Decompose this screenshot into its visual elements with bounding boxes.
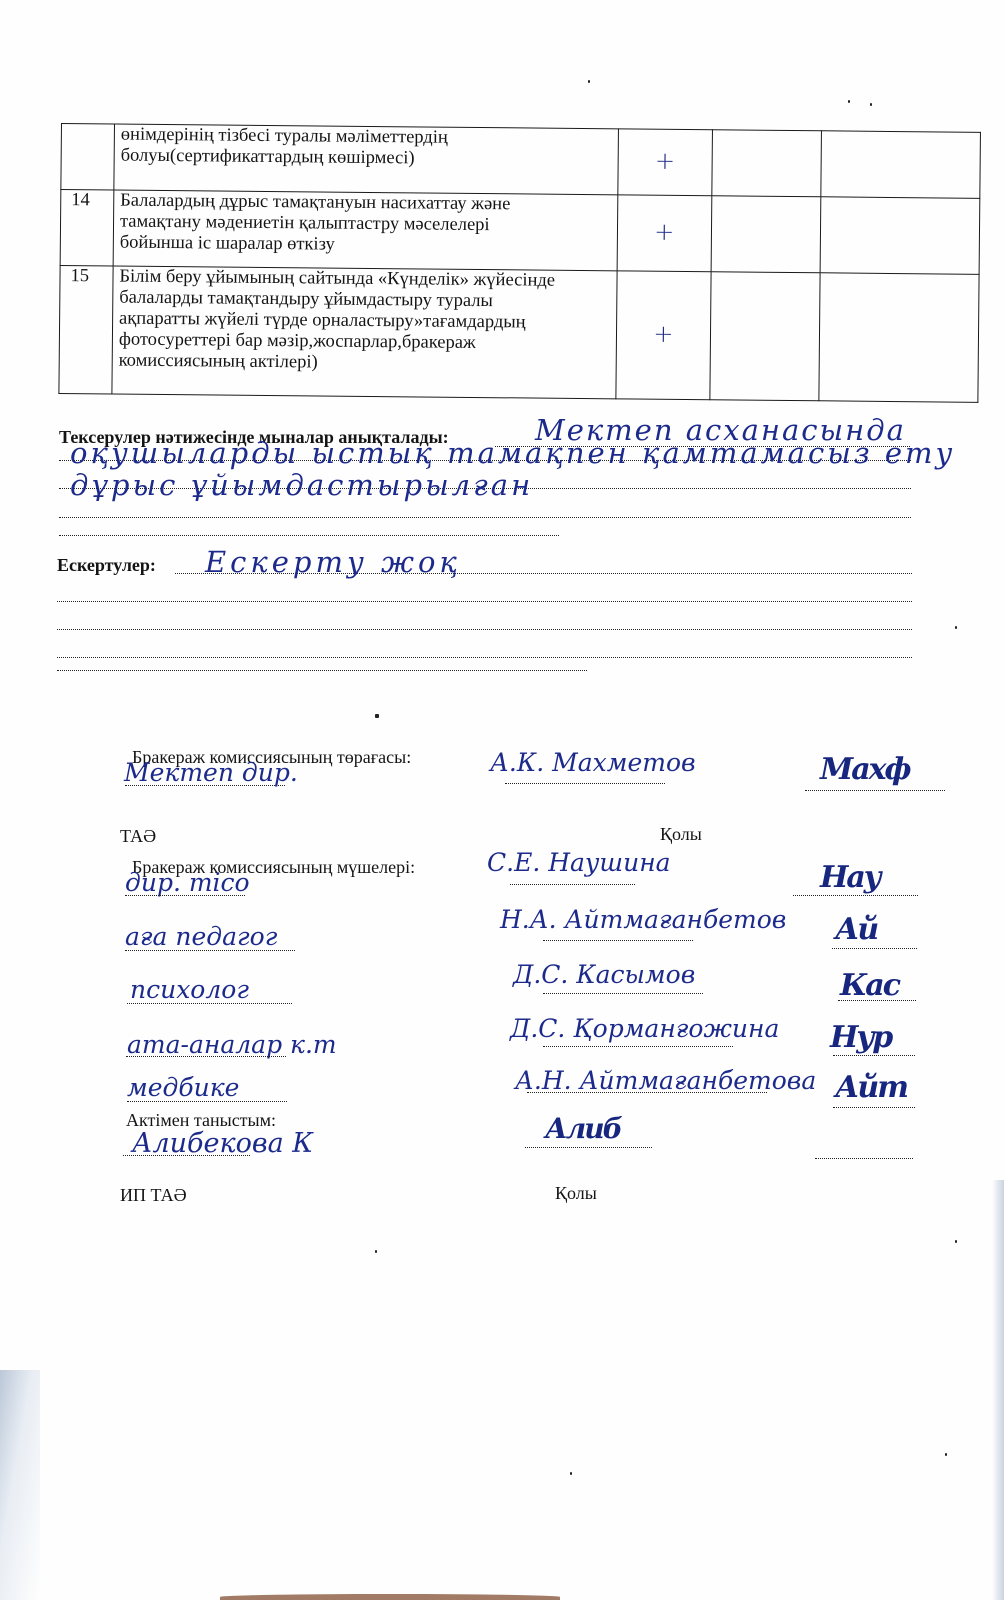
member-signature: Кас xyxy=(840,968,899,1003)
ip-caption: ИП ТАӘ xyxy=(120,1185,187,1206)
scan-speck xyxy=(945,1453,947,1456)
plus-mark: + xyxy=(655,146,675,174)
row-number xyxy=(61,124,115,191)
name-caption: ТАӘ xyxy=(120,826,156,847)
dotted-line xyxy=(525,1147,652,1148)
page-shadow-right xyxy=(992,1180,1004,1600)
scan-speck xyxy=(570,1472,572,1475)
findings-handwritten-line: дұрыс ұйымдастырылған xyxy=(70,468,533,502)
remarks-label: Ескертулер: xyxy=(57,555,156,576)
row-col5 xyxy=(820,197,980,275)
row-number: 14 xyxy=(60,190,114,267)
table-row: өнімдерінің тізбесі туралы мәліметтердің… xyxy=(61,124,981,199)
scan-speck xyxy=(870,103,872,106)
dotted-line xyxy=(57,657,912,658)
chair-role: Мектеп дир. xyxy=(124,758,298,787)
member-role: психолог xyxy=(130,975,249,1004)
member-signature: Айт xyxy=(835,1070,907,1105)
dotted-line xyxy=(805,790,945,791)
row-mark: + xyxy=(615,271,711,400)
member-name: Д.С. Касымов xyxy=(513,960,695,989)
chair-name: А.К. Махметов xyxy=(490,748,696,777)
ip-signature-caption: Қолы xyxy=(555,1183,597,1204)
scan-speck xyxy=(375,714,379,718)
dotted-line xyxy=(543,940,693,941)
dotted-line xyxy=(543,993,703,994)
dotted-line xyxy=(793,895,918,896)
dotted-line xyxy=(832,948,917,949)
dotted-line xyxy=(543,1046,733,1047)
member-name: Н.А. Айтмағанбетов xyxy=(500,905,786,934)
acquainted-signature: Алиб xyxy=(545,1112,621,1145)
dotted-line xyxy=(527,1092,767,1093)
row-text: өнімдерінің тізбесі туралы мәліметтердің… xyxy=(114,124,618,195)
row-number: 15 xyxy=(59,265,113,394)
table-row: 14 Балалардың дұрыс тамақтануын насихатт… xyxy=(60,190,980,275)
dotted-line xyxy=(815,1158,913,1159)
findings-handwritten-line: оқушыларды ыстық тамақпен қамтамасыз ету xyxy=(70,436,955,470)
member-role: ата-аналар к.т xyxy=(127,1030,337,1059)
chair-signature: Махф xyxy=(820,752,910,787)
row-col4 xyxy=(710,272,820,401)
row-col5 xyxy=(821,131,981,199)
row-text-line: комиссиясының актілері) xyxy=(119,351,610,377)
dotted-line xyxy=(57,670,587,671)
dotted-line xyxy=(57,629,912,630)
row-col4 xyxy=(712,130,822,197)
dotted-line xyxy=(838,1000,916,1001)
dotted-line xyxy=(127,1101,287,1102)
dotted-line xyxy=(123,1155,250,1156)
signature-caption: Қолы xyxy=(660,824,702,845)
scan-speck xyxy=(375,1250,377,1253)
dotted-line xyxy=(127,1003,292,1004)
scanned-page: өнімдерінің тізбесі туралы мәліметтердің… xyxy=(0,0,1004,1600)
row-text-line: болуы(сертификаттардың көшірмесі) xyxy=(121,146,612,172)
member-signature: Нур xyxy=(830,1020,891,1055)
row-text: Балалардың дұрыс тамақтануын насихаттау … xyxy=(113,190,617,271)
member-name: Д.С. Қорманғожина xyxy=(510,1014,779,1043)
row-col5 xyxy=(819,273,979,403)
plus-mark: + xyxy=(653,319,673,347)
checklist-table: өнімдерінің тізбесі туралы мәліметтердің… xyxy=(58,123,981,403)
member-role: медбике xyxy=(127,1073,239,1102)
member-role: дир. тісо xyxy=(125,868,250,897)
member-role: аға педагог xyxy=(125,922,277,951)
dotted-line xyxy=(59,535,559,536)
member-signature: Нау xyxy=(820,860,880,895)
plus-mark: + xyxy=(654,217,674,245)
row-text-line: бойынша іс шаралар өткізу xyxy=(120,233,611,259)
dotted-line xyxy=(57,601,912,602)
scan-speck xyxy=(588,80,590,83)
dotted-line xyxy=(126,1056,286,1057)
page-shadow-left xyxy=(0,1370,40,1600)
dotted-line xyxy=(125,895,245,896)
member-name: С.Е. Наушина xyxy=(487,848,671,877)
row-mark: + xyxy=(617,195,712,272)
dotted-line xyxy=(505,783,665,784)
dotted-line xyxy=(510,884,635,885)
row-text: Білім беру ұйымының сайтында «Күнделік» … xyxy=(112,266,617,399)
dotted-line xyxy=(59,517,911,518)
dotted-line xyxy=(833,1107,915,1108)
member-name: А.Н. Айтмағанбетова xyxy=(515,1066,816,1095)
row-col4 xyxy=(711,196,821,273)
member-signature: Ай xyxy=(835,912,877,947)
remarks-handwritten: Ескерту жоқ xyxy=(205,545,461,579)
row-mark: + xyxy=(617,129,712,196)
scan-speck xyxy=(955,626,957,629)
dotted-line xyxy=(833,1055,915,1056)
dotted-line xyxy=(125,950,295,951)
scan-speck xyxy=(955,1240,957,1243)
page-edge-bottom xyxy=(220,1594,560,1600)
scan-speck xyxy=(848,100,850,103)
table-row: 15 Білім беру ұйымының сайтында «Күнделі… xyxy=(59,265,979,402)
